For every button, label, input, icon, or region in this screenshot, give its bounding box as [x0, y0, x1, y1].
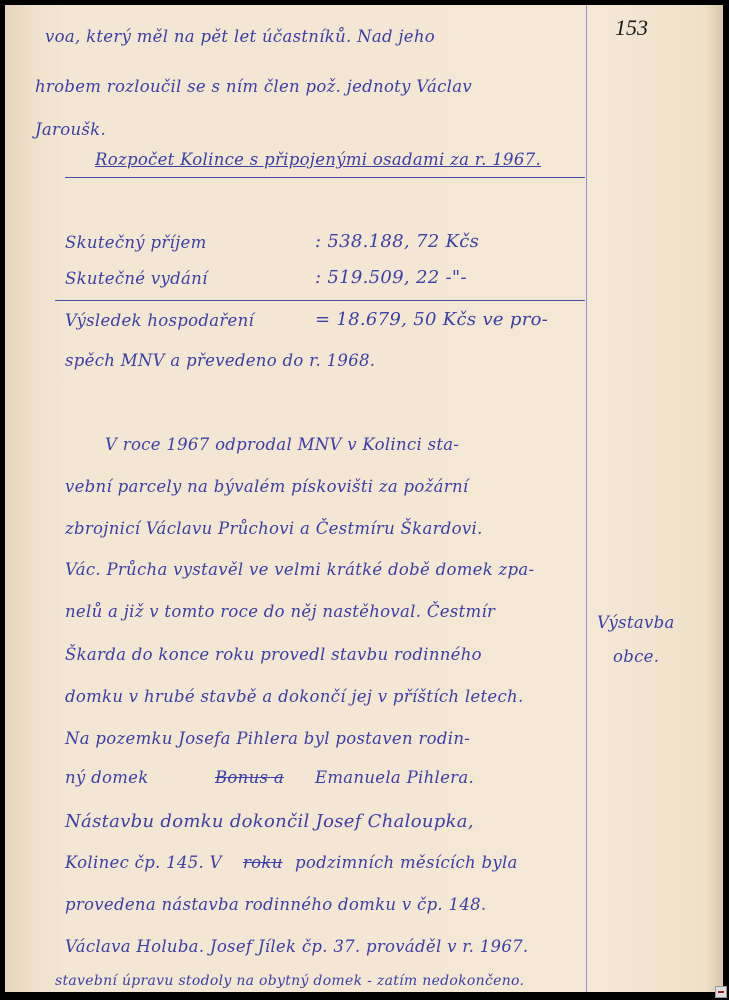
- text-line: voa, který měl na pět let účastníků. Nad…: [45, 27, 435, 46]
- expense-label: Skutečné vydání: [65, 269, 208, 288]
- text-line: Nástavbu domku dokončil Josef Chaloupka,: [65, 811, 474, 832]
- income-label: Skutečný příjem: [65, 233, 207, 252]
- text-line: domku v hrubé stavbě a dokončí jej v pří…: [65, 687, 524, 706]
- text-line: Kolinec čp. 145. V: [65, 853, 222, 872]
- text-line: vební parcely na bývalém pískovišti za p…: [65, 477, 468, 496]
- expense-value: : 519.509, 22 -"-: [315, 267, 467, 288]
- struck-text: roku: [243, 853, 283, 872]
- page-number: 153: [615, 15, 648, 41]
- text-line: stavební úpravu stodoly na obytný domek …: [55, 973, 524, 989]
- text-line: V roce 1967 odprodal MNV v Kolinci sta-: [105, 435, 459, 454]
- text-line: zbrojnicí Václavu Průchovi a Čestmíru Šk…: [65, 519, 483, 538]
- text-line: hrobem rozloučil se s ním člen pož. jedn…: [35, 77, 472, 96]
- margin-note: Výstavba: [597, 613, 675, 632]
- minimize-icon[interactable]: [715, 986, 727, 998]
- divider: [65, 177, 585, 178]
- result-value: = 18.679, 50 Kčs ve pro-: [315, 309, 548, 330]
- text-line: provedena nástavba rodinného domku v čp.…: [65, 895, 486, 914]
- margin-line: [586, 5, 587, 992]
- section-heading: Rozpočet Kolince s připojenými osadami z…: [95, 150, 541, 169]
- text-line: nelů a již v tomto roce do něj nastěhova…: [65, 602, 495, 621]
- margin-note: obce.: [613, 647, 659, 666]
- text-line: podzimních měsících byla: [295, 853, 518, 872]
- text-line: Emanuela Pihlera.: [315, 768, 474, 787]
- chronicle-page: 153 voa, který měl na pět let účastníků.…: [5, 5, 723, 992]
- text-line: Vác. Průcha vystavěl ve velmi krátké dob…: [65, 560, 534, 579]
- text-line: Jaroušk.: [35, 120, 106, 139]
- result-label: Výsledek hospodaření: [65, 311, 254, 330]
- struck-text: Bonus a: [215, 768, 284, 787]
- income-value: : 538.188, 72 Kčs: [315, 231, 479, 252]
- sum-divider: [55, 300, 585, 301]
- result-continuation: spěch MNV a převedeno do r. 1968.: [65, 351, 375, 370]
- text-line: ný domek: [65, 768, 149, 787]
- text-line: Škarda do konce roku provedl stavbu rodi…: [65, 645, 482, 664]
- text-line: Václava Holuba. Josef Jílek čp. 37. prov…: [65, 937, 528, 956]
- text-line: Na pozemku Josefa Pihlera byl postaven r…: [65, 729, 470, 748]
